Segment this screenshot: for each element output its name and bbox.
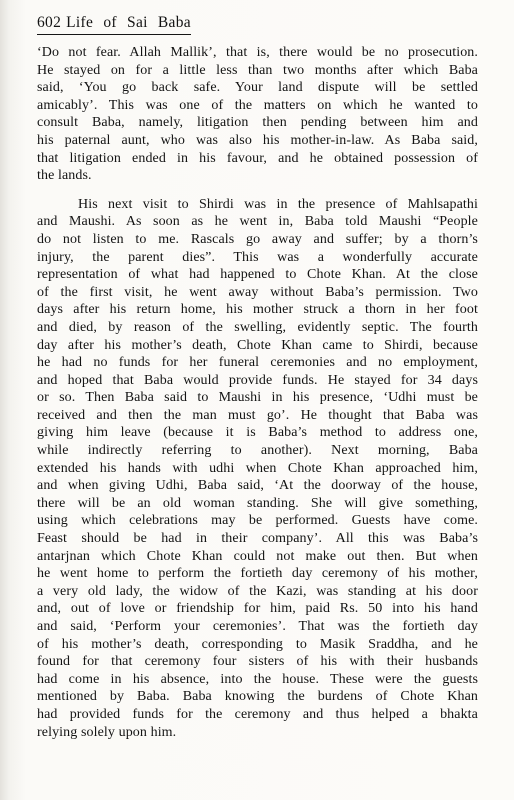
text-line: representation of what had happened to C… — [37, 266, 478, 284]
text-line: giving him leave (because it is Baba’s m… — [37, 424, 478, 442]
text-line: and died, by reason of the swelling, evi… — [37, 319, 478, 337]
paragraph-1: ‘Do not fear. Allah Mallik’, that is, th… — [37, 44, 478, 185]
text-line: and Maushi. As soon as he went in, Baba … — [37, 213, 478, 231]
text-line: do not listen to me. Rascals go away and… — [37, 231, 478, 249]
text-line: relying solely upon him. — [37, 724, 478, 742]
text-line: amicably’. This was one of the matters o… — [37, 97, 478, 115]
text-line: there will be an old woman standing. She… — [37, 495, 478, 513]
text-line: had come in his absence, into the house.… — [37, 671, 478, 689]
text-line: consult Baba, namely, litigation then pe… — [37, 114, 478, 132]
scanned-book-page: 602Life of Sai Baba ‘Do not fear. Allah … — [0, 0, 514, 800]
text-line: He stayed on for a little less than two … — [37, 62, 478, 80]
text-line: of the first visit, he went away without… — [37, 284, 478, 302]
paragraph-2: His next visit to Shirdi was in the pres… — [37, 196, 478, 741]
book-title: Life of Sai Baba — [66, 14, 191, 31]
text-line: and when giving Udhi, Baba said, ‘At the… — [37, 477, 478, 495]
text-line: ‘Do not fear. Allah Mallik’, that is, th… — [37, 44, 478, 62]
text-line: antarjnan which Chote Khan could not mak… — [37, 548, 478, 566]
text-line: that litigation ended in his favour, and… — [37, 150, 478, 168]
text-line: Feast should be had in their company’. A… — [37, 530, 478, 548]
text-line: his paternal aunt, who was also his moth… — [37, 132, 478, 150]
text-line: His next visit to Shirdi was in the pres… — [37, 196, 478, 214]
page-number: 602 — [37, 14, 61, 31]
text-line: a very old lady, the widow of the Kazi, … — [37, 583, 478, 601]
text-line: or so. Then Baba said to Maushi in his p… — [37, 389, 478, 407]
text-line: and, out of love or friendship for him, … — [37, 600, 478, 618]
text-line: mentioned by Baba. Baba knowing the burd… — [37, 688, 478, 706]
text-line: had provided funds for the ceremony and … — [37, 706, 478, 724]
text-line: said, ‘You go back safe. Your land dispu… — [37, 79, 478, 97]
text-line: and said, ‘Perform your ceremonies’. Tha… — [37, 618, 478, 636]
text-line: day after his mother’s death, Chote Khan… — [37, 337, 478, 355]
text-line: he had no funds for her funeral ceremoni… — [37, 354, 478, 372]
text-line: while indirectly referring to another). … — [37, 442, 478, 460]
text-line: extended his hands with udhi when Chote … — [37, 460, 478, 478]
running-head: 602Life of Sai Baba — [37, 13, 191, 35]
text-line: received and then the man must go’. He t… — [37, 407, 478, 425]
text-line: found for that ceremony four sisters of … — [37, 653, 478, 671]
text-line: he went home to perform the fortieth day… — [37, 565, 478, 583]
text-line: of his mother’s death, corresponding to … — [37, 636, 478, 654]
text-line: using which celebrations may be performe… — [37, 512, 478, 530]
text-line: days after his return home, his mother s… — [37, 301, 478, 319]
text-line: the lands. — [37, 167, 478, 185]
text-line: and hoped that Baba would provide funds.… — [37, 372, 478, 390]
text-line: injury, the parent dies”. This was a won… — [37, 249, 478, 267]
